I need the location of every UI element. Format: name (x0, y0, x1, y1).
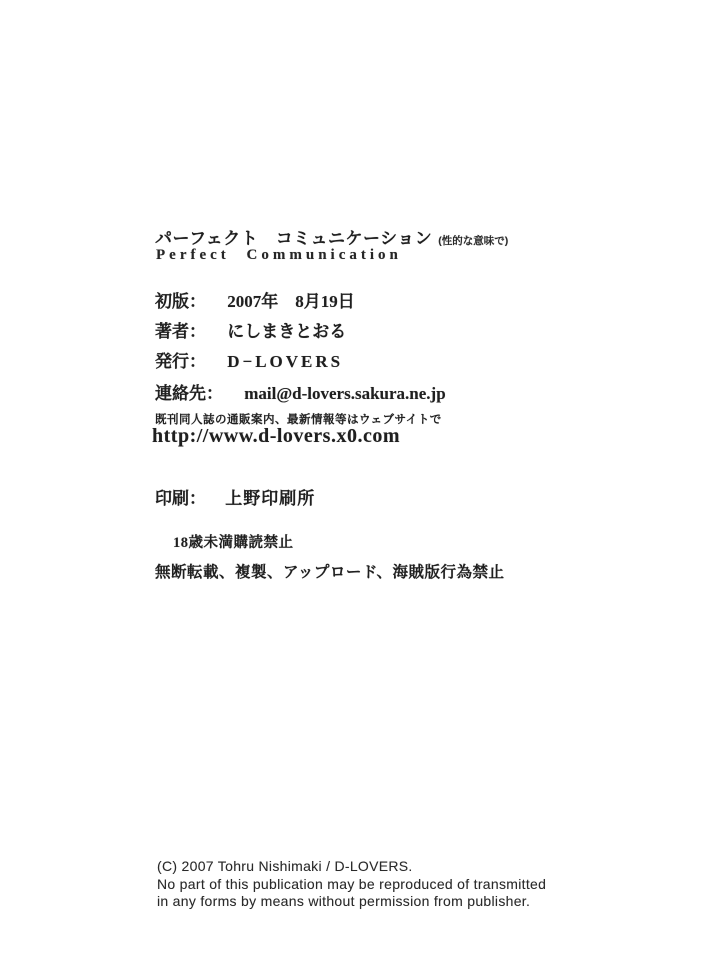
publisher-value: D−LOVERS (227, 352, 343, 372)
colophon-page: パーフェクト コミュニケーション(性的な意味で) Perfect Communi… (0, 0, 708, 977)
copyright-line-1: (C) 2007 Tohru Nishimaki / D-LOVERS. (157, 858, 546, 876)
title-japanese-text: パーフェクト コミュニケーション (155, 229, 432, 248)
contact-email: mail@d-lovers.sakura.ne.jp (244, 384, 445, 404)
website-url: http://www.d-lovers.x0.com (152, 425, 400, 448)
edition-value: 2007年 8月19日 (227, 287, 355, 312)
title-japanese: パーフェクト コミュニケーション(性的な意味で) (155, 224, 508, 249)
title-english: Perfect Communication (156, 247, 402, 264)
publisher-row: 発行： D−LOVERS (155, 347, 343, 372)
author-label: 著者： (155, 317, 206, 342)
prohibition-notice: 無断転載、複製、アップロード、海賊版行為禁止 (155, 560, 505, 582)
author-value: にしまきとおる (227, 317, 346, 342)
printer-row: 印刷： 上野印刷所 (155, 484, 315, 509)
contact-row: 連絡先： mail@d-lovers.sakura.ne.jp (155, 379, 446, 404)
age-restriction-notice: 18歳未満購読禁止 (173, 531, 294, 552)
edition-row: 初版： 2007年 8月19日 (155, 287, 355, 312)
publisher-label: 発行： (155, 347, 206, 372)
copyright-line-2: No part of this publication may be repro… (157, 876, 546, 894)
author-row: 著者： にしまきとおる (155, 317, 346, 342)
title-japanese-note: (性的な意味で) (438, 235, 508, 247)
copyright-line-3: in any forms by means without permission… (157, 893, 546, 911)
printer-label: 印刷： (155, 484, 206, 509)
contact-label: 連絡先： (155, 379, 223, 404)
edition-label: 初版： (155, 287, 206, 312)
copyright-block: (C) 2007 Tohru Nishimaki / D-LOVERS. No … (157, 858, 546, 911)
printer-value: 上野印刷所 (225, 484, 315, 509)
